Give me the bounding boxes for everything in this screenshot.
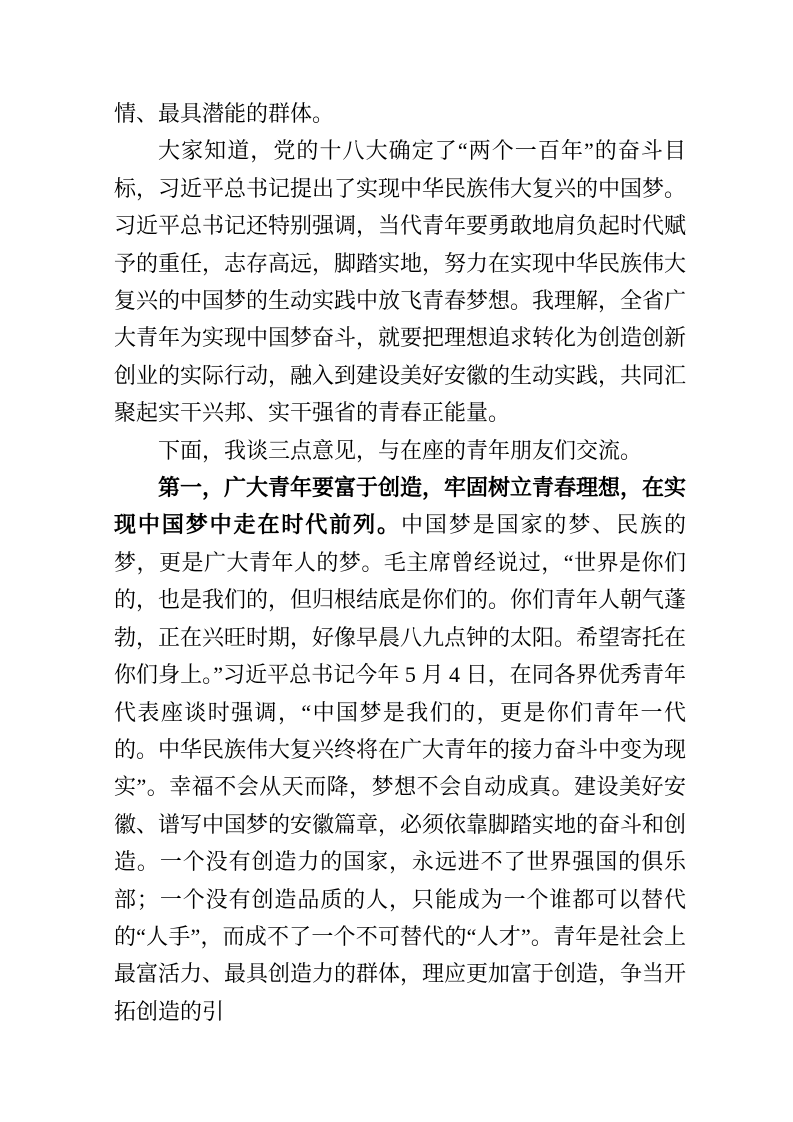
document-page: 情、最具潜能的群体。大家知道，党的十八大确定了“两个一百年”的奋斗目标，习近平总…: [0, 0, 793, 1122]
paragraph: 情、最具潜能的群体。: [114, 95, 686, 132]
body-text-segment: 中国梦是国家的梦、民族的梦，更是广大青年人的梦。毛主席曾经说过，“世界是你们的，…: [114, 512, 686, 1023]
paragraph: 大家知道，党的十八大确定了“两个一百年”的奋斗目标，习近平总书记提出了实现中华民…: [114, 132, 686, 431]
paragraph: 下面，我谈三点意见，与在座的青年朋友们交流。: [114, 432, 686, 469]
paragraph: 第一，广大青年要富于创造，牢固树立青春理想，在实现中国梦中走在时代前列。中国梦是…: [114, 469, 686, 1030]
body-text-segment: 大家知道，党的十八大确定了“两个一百年”的奋斗目标，习近平总书记提出了实现中华民…: [114, 138, 686, 425]
body-text-segment: 情、最具潜能的群体。: [114, 101, 334, 126]
body-text-segment: 下面，我谈三点意见，与在座的青年朋友们交流。: [158, 438, 642, 463]
document-body: 情、最具潜能的群体。大家知道，党的十八大确定了“两个一百年”的奋斗目标，习近平总…: [114, 95, 686, 1030]
